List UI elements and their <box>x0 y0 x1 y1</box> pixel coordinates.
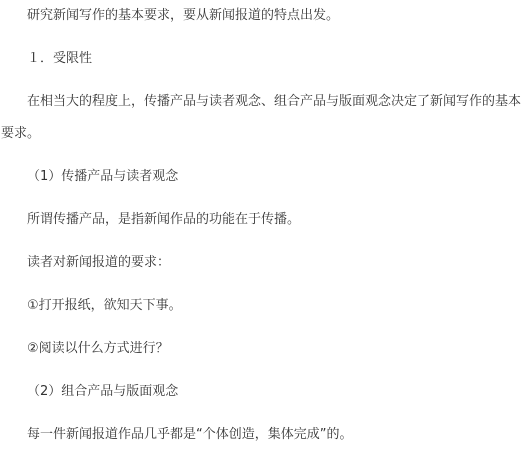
paragraph-heading-1: １．受限性 <box>1 43 523 75</box>
paragraph-body-4: 每一件新闻报道作品几乎都是“个体创造，集体完成”的。 <box>1 419 523 451</box>
paragraph-subheading-1: （1）传播产品与读者观念 <box>1 161 523 193</box>
page: { "page": { "background_color": "#ffffff… <box>0 0 523 465</box>
paragraph-body-3: 读者对新闻报道的要求： <box>1 247 523 279</box>
paragraph-subheading-2: （2）组合产品与版面观念 <box>1 376 523 408</box>
paragraph-list-item-1: ①打开报纸，欲知天下事。 <box>1 290 523 322</box>
document-content: 研究新闻写作的基本要求，要从新闻报道的特点出发。 １．受限性 在相当大的程度上，… <box>0 0 523 451</box>
paragraph-intro: 研究新闻写作的基本要求，要从新闻报道的特点出发。 <box>1 0 523 32</box>
paragraph-body-1: 在相当大的程度上，传播产品与读者观念、组合产品与版面观念决定了新闻写作的基本要求… <box>1 86 523 150</box>
paragraph-body-2: 所谓传播产品，是指新闻作品的功能在于传播。 <box>1 204 523 236</box>
paragraph-list-item-2: ②阅读以什么方式进行？ <box>1 333 523 365</box>
